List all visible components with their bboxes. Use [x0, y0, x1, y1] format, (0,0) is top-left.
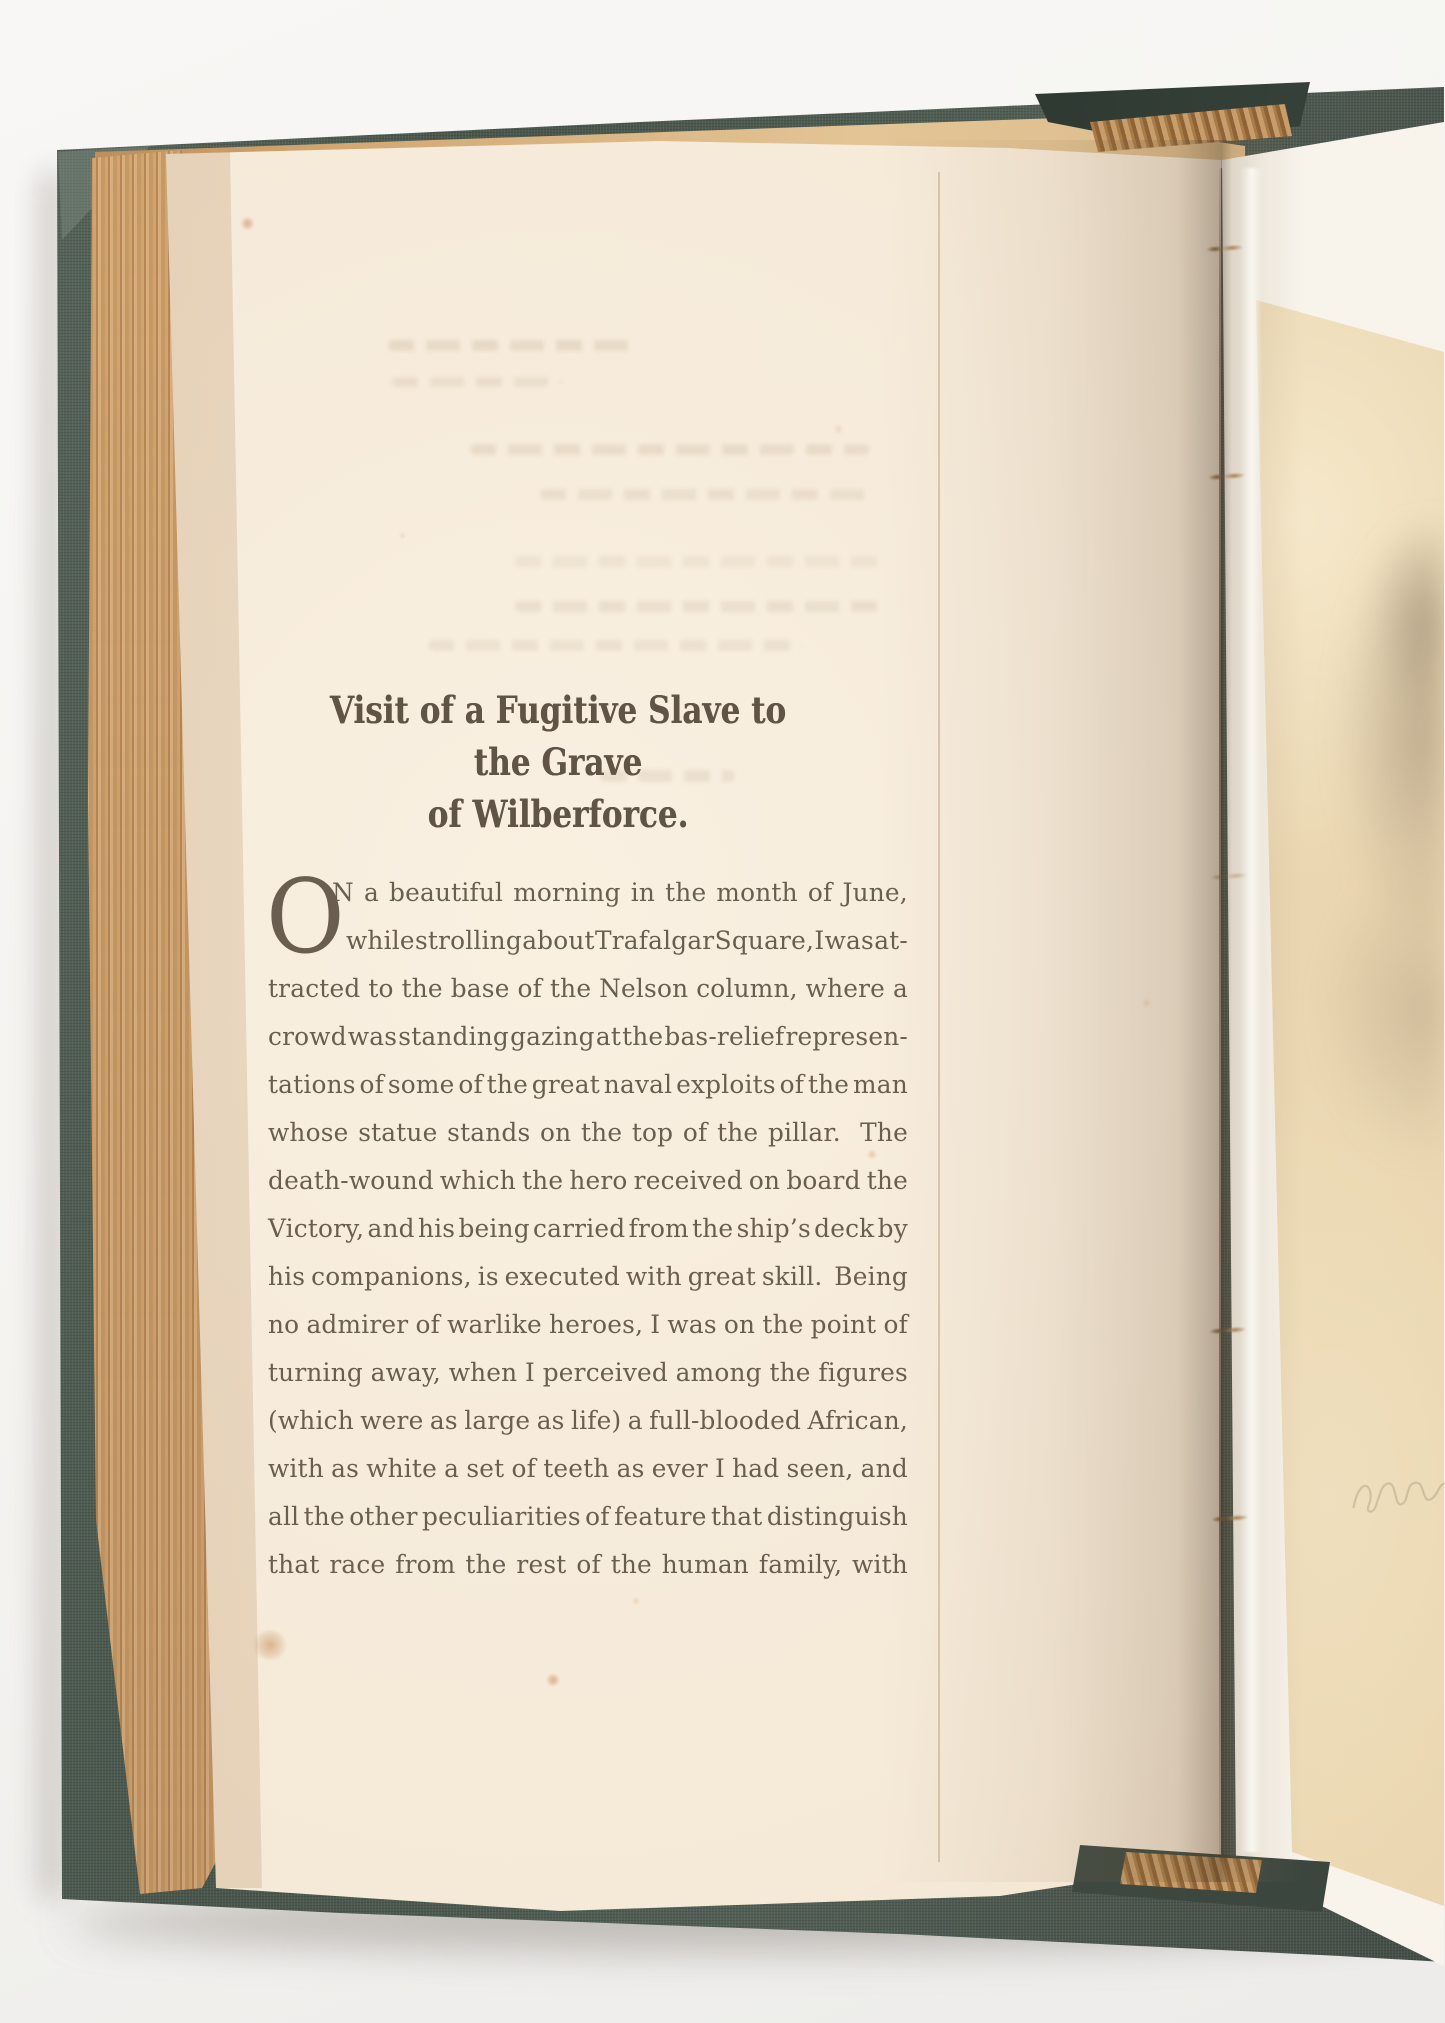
body-line: alltheotherpeculiaritiesoffeaturethatdis…: [268, 1492, 908, 1540]
showthrough-text: [470, 444, 870, 455]
body-line: (whichwereaslargeaslife)afull-bloodedAfr…: [268, 1396, 908, 1444]
showthrough-text: [388, 340, 638, 351]
showthrough-text: [428, 640, 803, 651]
showthrough-text: [515, 556, 880, 567]
pencil-inscription: [1344, 1447, 1445, 1532]
foxing-spot: [833, 424, 844, 434]
foxing-spot: [241, 217, 254, 230]
body-line: crowdwasstandinggazingatthebas-reliefrep…: [268, 1012, 908, 1060]
showthrough-text: [392, 377, 562, 387]
body-line: whilestrollingaboutTrafalgarSquare,Iwasa…: [346, 916, 908, 964]
body-line: hiscompanions,isexecutedwithgreatskill.B…: [268, 1252, 908, 1300]
binding-thread: [1219, 168, 1222, 1862]
chapter-title-line: of Wilberforce.: [298, 788, 819, 840]
body-line: withaswhiteasetofteethaseverIhadseen,and: [268, 1444, 908, 1492]
body-line: noadmirerofwarlikeheroes,Iwasonthepointo…: [268, 1300, 908, 1348]
showthrough-text: [515, 601, 880, 612]
foxing-spot: [632, 1597, 640, 1605]
under-page-edge: [938, 172, 940, 1862]
body-line: tationsofsomeofthegreatnavalexploitsofth…: [268, 1060, 908, 1108]
foxing-spot: [1142, 999, 1151, 1007]
photo-backdrop: Visit of a Fugitive Slave to the Grave o…: [0, 0, 1445, 2023]
chapter-title-line: Visit of a Fugitive Slave to the Grave: [298, 684, 819, 788]
foxing-spot: [546, 1674, 560, 1686]
gutter-fold-highlight: [1240, 168, 1262, 1852]
foxing-spot: [399, 532, 406, 539]
body-line: thatracefromtherestofthehumanfamily,with: [268, 1540, 908, 1588]
body-line: death-woundwhichtheheroreceivedonboardth…: [268, 1156, 908, 1204]
body-line: Victory,andhisbeingcarriedfromtheship’sd…: [268, 1204, 908, 1252]
chapter-title: Visit of a Fugitive Slave to the Grave o…: [248, 684, 868, 840]
body-line: tractedtothebaseoftheNelsoncolumn,wherea: [268, 964, 908, 1012]
body-line: whosestatuestandsonthetopofthepillar.The: [268, 1108, 908, 1156]
body-line: NabeautifulmorninginthemonthofJune,: [332, 868, 908, 916]
body-line: turningaway,whenIperceivedamongthefigure…: [268, 1348, 908, 1396]
chapter-body: NabeautifulmorninginthemonthofJune, whil…: [268, 868, 908, 1588]
foxing-spot: [253, 1630, 287, 1660]
showthrough-text: [540, 489, 870, 500]
